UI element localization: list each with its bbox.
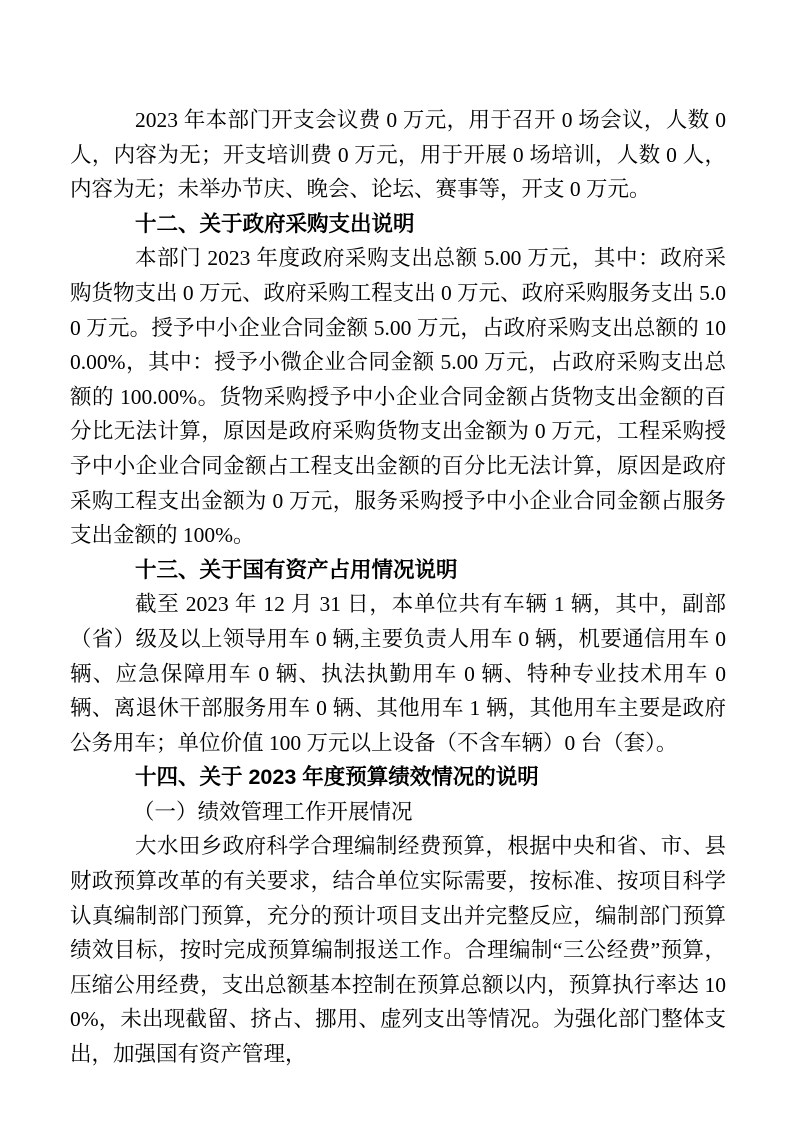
heading-section-12-government-procurement: 十二、关于政府采购支出说明 [70, 207, 726, 242]
document-content: 2023 年本部门开支会议费 0 万元，用于召开 0 场会议，人数 0 人，内容… [70, 0, 726, 1072]
heading-section-13-state-assets: 十三、关于国有资产占用情况说明 [70, 553, 726, 588]
subheading-performance-management-work: （一）绩效管理工作开展情况 [70, 795, 726, 830]
paragraph-government-procurement-details: 本部门 2023 年度政府采购支出总额 5.00 万元，其中：政府采购货物支出 … [70, 241, 726, 552]
heading-section-14-budget-performance: 十四、关于 2023 年度预算绩效情况的说明 [70, 760, 726, 795]
document-page: 2023 年本部门开支会议费 0 万元，用于召开 0 场会议，人数 0 人，内容… [0, 0, 793, 1122]
paragraph-state-assets-vehicles: 截至 2023 年 12 月 31 日，本单位共有车辆 1 辆，其中，副部（省）… [70, 587, 726, 760]
paragraph-performance-management-details: 大水田乡政府科学合理编制经费预算，根据中央和省、市、县财政预算改革的有关要求，结… [70, 829, 726, 1071]
paragraph-meeting-training-expenses: 2023 年本部门开支会议费 0 万元，用于召开 0 场会议，人数 0 人，内容… [70, 103, 726, 207]
